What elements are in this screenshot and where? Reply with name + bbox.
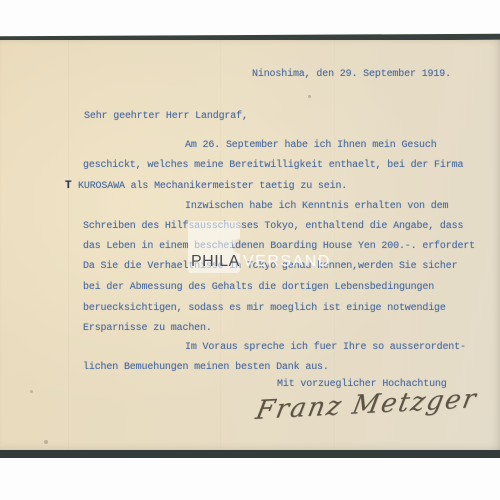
typed-line: geschickt, welches meine Bereitwilligkei… xyxy=(83,160,463,172)
typed-line: Im Voraus spreche ich fuer Ihre so ausse… xyxy=(185,342,466,354)
letter-salutation: Sehr geehrter Herr Landgraf, xyxy=(84,111,248,123)
watermark-text-versand: VERSAND xyxy=(243,253,331,271)
paper-speck xyxy=(308,95,311,98)
paper-crease xyxy=(68,40,70,450)
watermark-text-phila: PHILA xyxy=(191,253,240,271)
mat-edge-bottom xyxy=(0,450,500,458)
typed-line: Schreiben des Hilfsausschusses Tokyo, en… xyxy=(83,221,463,233)
typed-line: das Leben in einem bescheidenen Boarding… xyxy=(83,241,475,253)
typed-line: lichen Bemuehungen meinen besten Dank au… xyxy=(83,362,329,374)
typed-line: beruecksichtigen, sodass es mir moeglich… xyxy=(83,303,446,315)
typed-line: Ersparnisse zu machen. xyxy=(83,323,212,335)
typed-line: Inzwischen habe ich Kenntnis erhalten vo… xyxy=(185,201,448,213)
paper-speck xyxy=(44,440,48,444)
typed-line: bei der Abmessung des Gehalts die dortig… xyxy=(83,282,434,294)
scanner-background: Ninoshima, den 29. September 1919. Sehr … xyxy=(0,0,500,500)
paper-speck xyxy=(30,390,33,393)
correction-mark: T xyxy=(65,180,72,192)
typed-line: Am 26. September habe ich Ihnen mein Ges… xyxy=(185,140,437,152)
typed-line: KUROSAWA als Mechanikermeister taetig zu… xyxy=(78,181,347,193)
letter-dateline: Ninoshima, den 29. September 1919. xyxy=(252,69,451,81)
